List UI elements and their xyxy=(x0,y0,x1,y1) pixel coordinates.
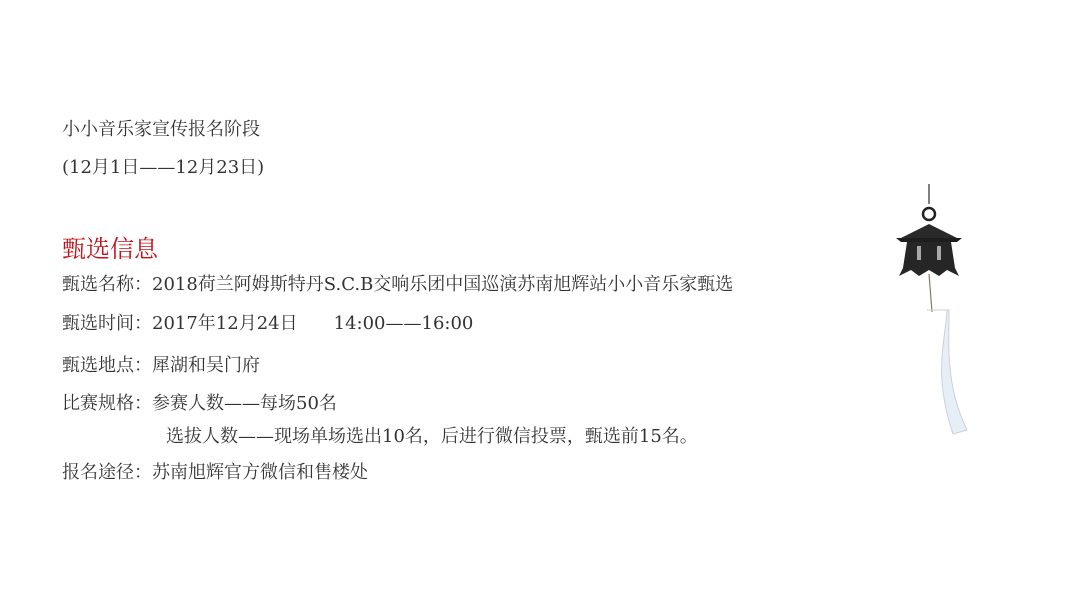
row-value: 2018荷兰阿姆斯特丹S.C.B交响乐团中国巡演苏南旭辉站小小音乐家甄选 xyxy=(152,274,733,295)
info-row-time: 甄选时间：2017年12月24日 14:00——16:00 xyxy=(62,312,473,336)
info-row-location: 甄选地点：犀湖和吴门府 xyxy=(62,354,260,378)
info-row-format-line2: 选拔人数——现场单场选出10名，后进行微信投票，甄选前15名。 xyxy=(166,425,698,449)
row-label: 报名途径： xyxy=(62,462,152,483)
row-value: 2017年12月24日 14:00——16:00 xyxy=(152,313,473,334)
row-label: 甄选地点： xyxy=(62,355,152,376)
row-value: 苏南旭辉官方微信和售楼处 xyxy=(152,462,368,483)
wind-chime-icon xyxy=(893,184,973,440)
row-value: 参赛人数——每场50名 xyxy=(152,393,337,414)
row-label: 比赛规格： xyxy=(62,393,152,414)
stage-date-range: (12月1日——12月23日) xyxy=(62,156,264,180)
stage-title: 小小音乐家宣传报名阶段 xyxy=(62,118,260,142)
info-row-format: 比赛规格：参赛人数——每场50名 xyxy=(62,392,337,416)
section-heading: 甄选信息 xyxy=(62,234,158,264)
row-value: 犀湖和吴门府 xyxy=(152,355,260,376)
info-row-name: 甄选名称：2018荷兰阿姆斯特丹S.C.B交响乐团中国巡演苏南旭辉站小小音乐家甄… xyxy=(62,273,733,297)
row-label: 甄选时间： xyxy=(62,313,152,334)
info-row-registration: 报名途径：苏南旭辉官方微信和售楼处 xyxy=(62,461,368,485)
row-label: 甄选名称： xyxy=(62,274,152,295)
